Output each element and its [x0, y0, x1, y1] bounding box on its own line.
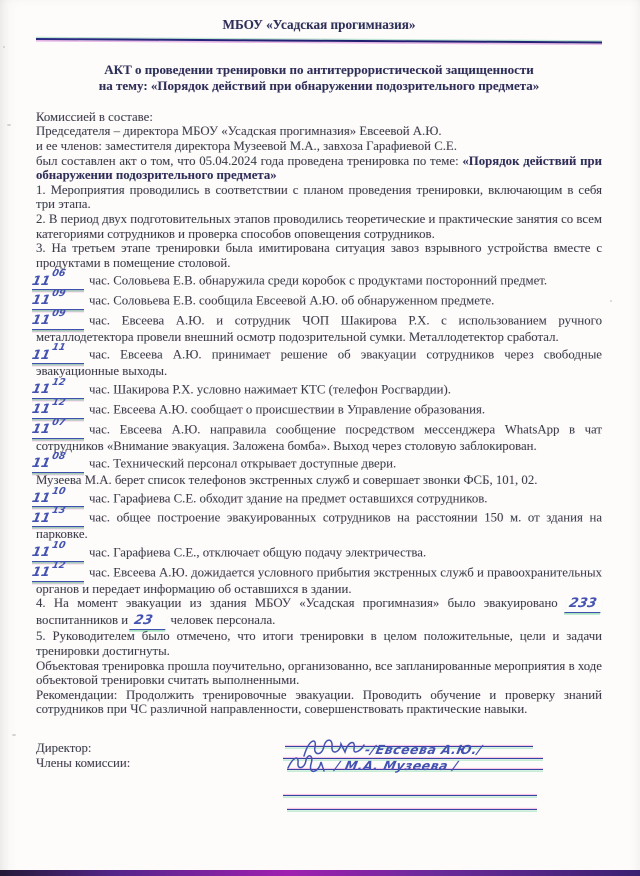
timeline-entry: 1112час. Шакирова Р.Х. условно нажимает …: [36, 379, 602, 399]
timeline-entry-text: час. Евсеева А.Ю. дожидается условного п…: [36, 565, 602, 596]
timeline-entry-text: час. Шакирова Р.Х. условно нажимает КТС …: [89, 382, 451, 396]
timeline-entry-text: час. Гарафиева С.Е., отключает общую под…: [89, 545, 426, 559]
paragraph-stage-plan: 1. Мероприятия проводились в соответстви…: [36, 183, 602, 212]
timeline-entry: 1107час. Евсеева А.Ю. направила сообщени…: [36, 419, 602, 453]
header-divider-rule: [36, 38, 602, 44]
handwritten-time-field: 1109: [32, 310, 84, 330]
evacuation-text-before: 4. На момент эвакуации из здания МБОУ «У…: [36, 596, 558, 610]
timeline-entry: 1109час. Соловьева Е.В. сообщила Евсеево…: [36, 290, 602, 310]
timeline-entry: 1108час. Технический персонал открывает …: [36, 453, 602, 473]
handwritten-time-field: 1107: [32, 419, 84, 439]
handwritten-time-field: 1112: [32, 562, 84, 582]
paragraph-evacuation-counts: 4. На момент эвакуации из здания МБОУ «У…: [36, 596, 602, 629]
timeline-entry-text: час. Евсеева А.Ю. принимает решение об э…: [36, 348, 602, 379]
handwritten-time-field: 1111: [32, 344, 84, 364]
timeline-entry-text: час. Гарафиева С.Е. обходит здание на пр…: [89, 491, 487, 505]
timeline-entry: 1110час. Гарафиева С.Е., отключает общую…: [36, 542, 602, 562]
timeline-entry: 1109час. Евсеева А.Ю. и сотрудник ЧОП Ша…: [36, 310, 602, 344]
scan-speck: [3, 46, 5, 48]
signature-muzeeva: / М.А. Музеева /: [285, 752, 458, 776]
document-title-line1: АКТ о проведении тренировки по антитерро…: [36, 62, 602, 78]
document-body: Комиссией в составе: Председателя – дире…: [36, 110, 602, 841]
timeline-entry-text: час. Евсеева А.Ю. и сотрудник ЧОП Шакиро…: [36, 313, 602, 344]
scanner-edge-artifact: [0, 870, 640, 876]
timeline-entry: 1112час. Евсеева А.Ю. сообщает о происше…: [36, 399, 602, 419]
timeline-entry: 1112час. Евсеева А.Ю. дожидается условно…: [36, 562, 602, 596]
commission-chair: Председателя – директора МБОУ «Усадская …: [36, 124, 602, 139]
signature-line: [287, 809, 537, 810]
scanned-document-page: МБОУ «Усадская прогимназия» АКТ о провед…: [0, 0, 640, 876]
signature-lines: -/Евсеева А.Ю./ / М.А. Музеева /: [283, 739, 551, 821]
timeline-entry-text: час. общее построение эвакуированных сот…: [36, 511, 602, 542]
timeline-entry-text: час. Соловьева Е.В. обнаружила среди кор…: [89, 274, 547, 288]
paragraph-assessment: Объектовая тренировка прошла поучительно…: [36, 659, 602, 688]
evacuation-text-middle: воспитанников и: [36, 613, 128, 627]
scan-speck: [7, 124, 11, 126]
timeline-entry-text: час. Соловьева Е.В. сообщила Евсеевой А.…: [89, 293, 494, 307]
document-title-line2: на тему: «Порядок действий при обнаружен…: [36, 78, 602, 94]
timeline-entry: 1106час. Соловьева Е.В. обнаружила среди…: [36, 270, 602, 290]
signature-flourish-icon: [285, 752, 329, 776]
paragraph-emergency-calls: Музеева М.А. берет список телефонов экст…: [36, 473, 602, 488]
act-statement-plain: был составлен акт о том, что 05.04.2024 …: [36, 154, 462, 168]
paragraph-preparatory-stages: 2. В период двух подготовительных этапов…: [36, 212, 602, 241]
handwritten-staff-count: 23: [130, 614, 169, 630]
commission-intro: Комиссией в составе:: [36, 110, 602, 125]
timeline-entry: 1111час. Евсеева А.Ю. принимает решение …: [36, 344, 602, 378]
document-title: АКТ о проведении тренировки по антитерро…: [36, 62, 602, 94]
handwritten-pupils-count: 233: [564, 597, 603, 613]
paragraph-results: 5. Руководителем было отмечено, что итог…: [36, 629, 602, 658]
timeline-entry: 1110час. Гарафиева С.Е. обходит здание н…: [36, 488, 602, 508]
timeline-entry-text: час. Технический персонал открывает дост…: [89, 456, 396, 470]
signature-line: [283, 795, 537, 796]
document-content: МБОУ «Усадская прогимназия» АКТ о провед…: [36, 18, 602, 841]
scan-speck: [12, 734, 16, 736]
timeline-entry-text: час. Евсеева А.Ю. сообщает о происшестви…: [89, 402, 485, 416]
paragraph-recommendations: Рекомендации: Продолжить тренировочные э…: [36, 688, 602, 717]
act-statement: был составлен акт о том, что 05.04.2024 …: [36, 154, 602, 183]
paragraph-third-stage: 3. На третьем этапе тренировки была имит…: [36, 241, 602, 270]
handwritten-time-field: 1113: [32, 507, 84, 527]
scan-speck: [610, 300, 612, 302]
org-name-header: МБОУ «Усадская прогимназия»: [36, 18, 602, 33]
commission-members: и ее членов: заместителя директора Музее…: [36, 139, 602, 154]
evacuation-text-after: человек персонала.: [170, 613, 275, 627]
signature-section: Директор: Члены комиссии: -/Евсеева А.Ю.…: [36, 741, 602, 841]
handwritten-time-field: 1108: [32, 453, 84, 473]
timeline-entry-text: час. Евсеева А.Ю. направила сообщение по…: [36, 422, 602, 453]
timeline-entry: 1113час. общее построение эвакуированных…: [36, 507, 602, 541]
